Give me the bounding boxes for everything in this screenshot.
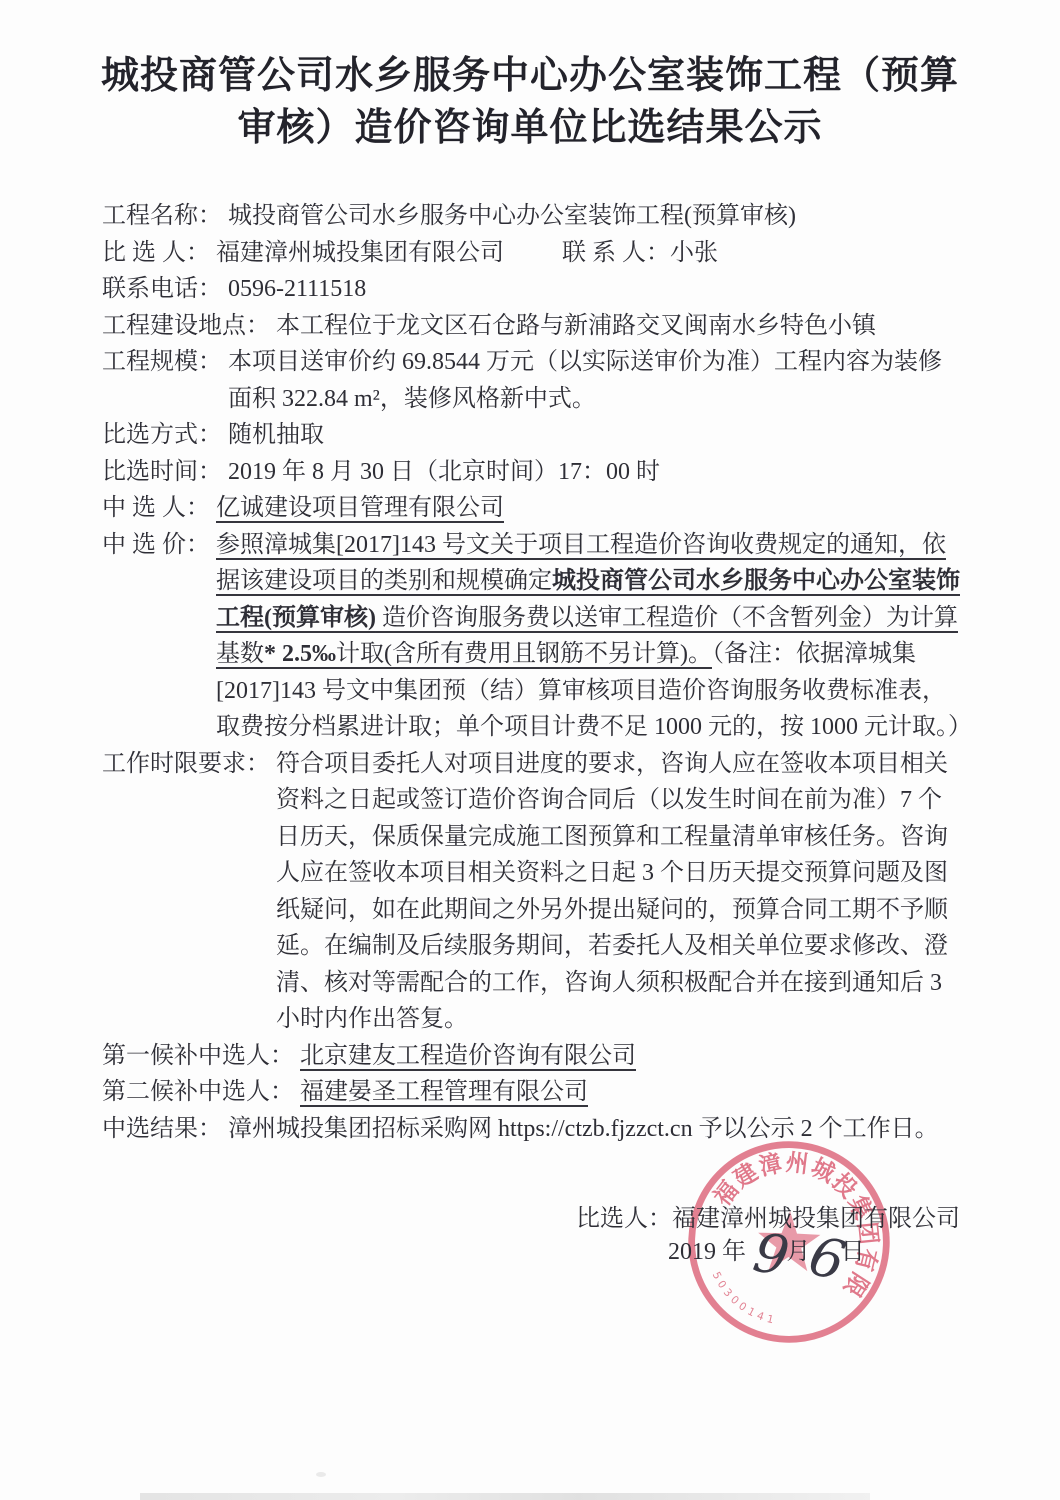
title-line-2: 审核）造价咨询单位比选结果公示 [237,107,822,149]
field-candidate2: 第二候补中选人： 福建晏圣工程管理有限公司 [102,1074,962,1111]
winner-label: 中 选 人： [102,490,216,527]
scale-value: 本项目送审价约 69.8544 万元（以实际送审价为准）工程内容为装修面积 32… [228,344,962,417]
location-value: 本工程位于龙文区石仓路与新浦路交叉闽南水乡特色小镇 [276,308,962,345]
candidate2-value: 福建晏圣工程管理有限公司 [300,1079,588,1105]
candidate2-label: 第二候补中选人： [102,1074,300,1111]
signature-date: 2019 年 9月6日 [668,1231,865,1266]
price-label: 中 选 价： [102,527,216,564]
phone-value: 0596-2111518 [228,271,962,308]
field-phone: 联系电话： 0596-2111518 [102,271,962,308]
project-name-value: 城投商管公司水乡服务中心办公室装饰工程(预算审核) [228,198,962,235]
location-label: 工程建设地点： [102,308,276,345]
field-price: 中 选 价： 参照漳城集[2017]143 号文关于项目工程造价咨询收费规定的通… [102,527,962,746]
date-prefix: 2019 年 [668,1239,752,1265]
result-label: 中选结果： [102,1111,228,1148]
field-scale: 工程规模： 本项目送审价约 69.8544 万元（以实际送审价为准）工程内容为装… [102,344,962,417]
project-name-label: 工程名称： [102,198,228,235]
selector-label: 比 选 人： [102,235,216,272]
field-time: 比选时间： 2019 年 8 月 30 日（北京时间）17：00 时 [102,454,962,491]
candidate1-value: 北京建友工程造价咨询有限公司 [300,1043,636,1069]
deadline-label: 工作时限要求： [102,746,276,783]
time-value: 2019 年 8 月 30 日（北京时间）17：00 时 [228,454,962,491]
selector-company: 福建漳州城投集团有限公司 [216,240,504,266]
handwritten-day: 6 [808,1245,846,1273]
candidate1-label: 第一候补中选人： [102,1038,300,1075]
field-selector: 比 选 人： 福建漳州城投集团有限公司联 系 人：小张 [102,235,962,272]
field-location: 工程建设地点： 本工程位于龙文区石仓路与新浦路交叉闽南水乡特色小镇 [102,308,962,345]
title-line-1: 城投商管公司水乡服务中心办公室装饰工程（预算 [101,55,959,97]
field-winner: 中 选 人： 亿诚建设项目管理有限公司 [102,490,962,527]
method-value: 随机抽取 [228,417,962,454]
scale-label: 工程规模： [102,344,228,381]
field-candidate1: 第一候补中选人： 北京建友工程造价咨询有限公司 [102,1038,962,1075]
deadline-value: 符合项目委托人对项目进度的要求，咨询人应在签收本项目相关资料之日起或签订造价咨询… [276,746,962,1038]
price-seg4-bold: * 2.5‰ [264,641,336,667]
contact-label: 联 系 人： [562,240,670,266]
document-title: 城投商管公司水乡服务中心办公室装饰工程（预算审核）造价咨询单位比选结果公示 [80,0,980,154]
price-seg5: 计取(含所有费用且钢筋不另计算)。 [336,641,712,667]
handwritten-month: 9 [753,1242,790,1268]
method-label: 比选方式： [102,417,228,454]
price-value: 参照漳城集[2017]143 号文关于项目工程造价咨询收费规定的通知，依据该建设… [216,527,962,746]
field-deadline: 工作时限要求： 符合项目委托人对项目进度的要求，咨询人应在签收本项目相关资料之日… [102,746,962,1038]
contact-value: 小张 [670,240,718,266]
scan-artifact-bottom-edge [140,1493,870,1500]
scanned-announcement-page: 城投商管公司水乡服务中心办公室装饰工程（预算审核）造价咨询单位比选结果公示 工程… [0,0,1060,1500]
time-label: 比选时间： [102,454,228,491]
field-method: 比选方式： 随机抽取 [102,417,962,454]
selector-value: 福建漳州城投集团有限公司联 系 人：小张 [216,235,962,272]
field-project-name: 工程名称： 城投商管公司水乡服务中心办公室装饰工程(预算审核) [102,198,962,235]
document-body: 工程名称： 城投商管公司水乡服务中心办公室装饰工程(预算审核) 比 选 人： 福… [102,198,962,1147]
phone-label: 联系电话： [102,271,228,308]
scan-artifact-dot [316,1472,326,1477]
winner-value: 亿诚建设项目管理有限公司 [216,495,504,521]
